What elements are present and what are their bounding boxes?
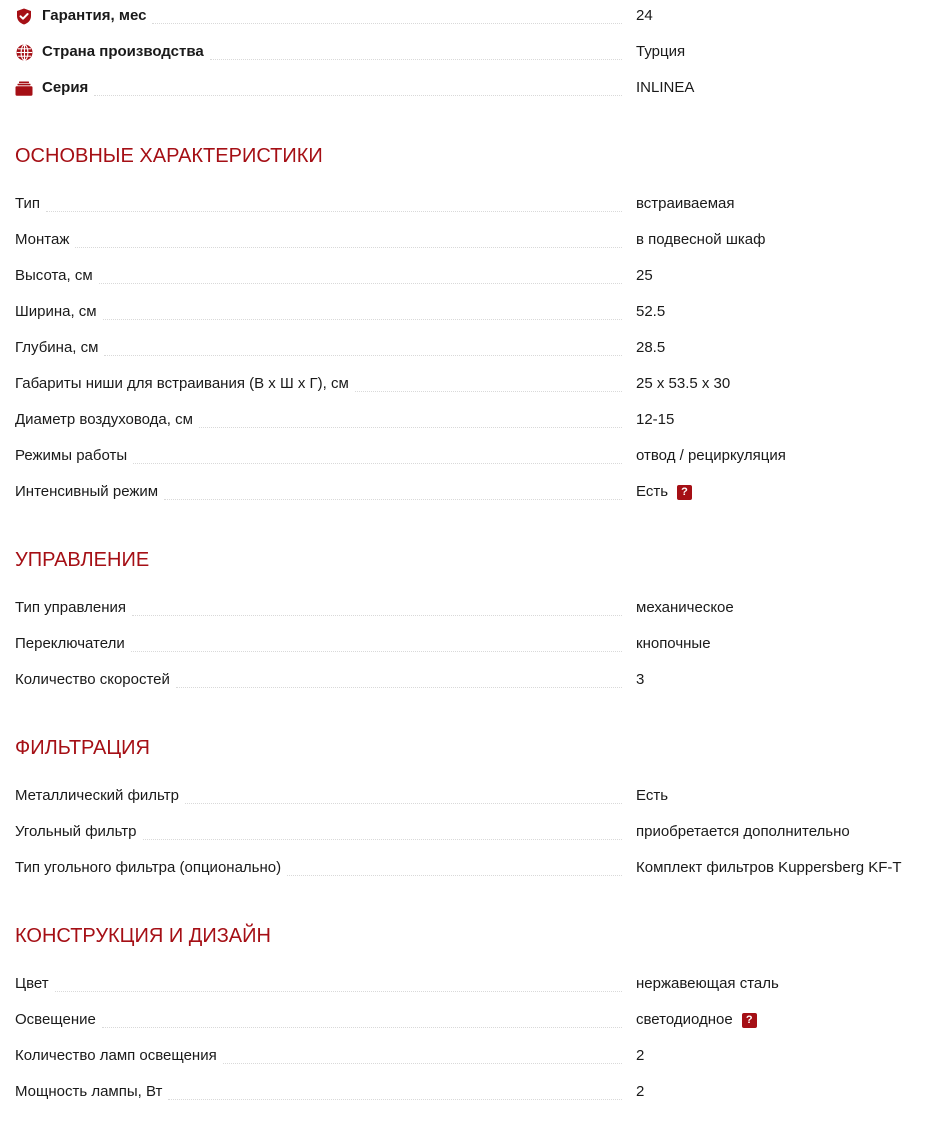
spec-label: Освещение	[15, 1010, 102, 1030]
spec-label: Тип	[15, 194, 46, 214]
spec-label-cell: Цвет	[15, 974, 622, 994]
spec-value-cell: 25	[622, 266, 653, 286]
spec-label-cell: Металлический фильтр	[15, 786, 622, 806]
dotted-leader	[99, 282, 622, 284]
dotted-leader	[133, 462, 622, 464]
spec-value: 2	[636, 1046, 644, 1066]
spec-row: Глубина, см28.5	[15, 322, 929, 358]
spec-label: Интенсивный режим	[15, 482, 164, 502]
spec-value-cell: светодиодное?	[622, 1010, 757, 1030]
spec-label: Диаметр воздуховода, см	[15, 410, 199, 430]
spec-row: Количество ламп освещения2	[15, 1030, 929, 1066]
spec-row: Количество скоростей3	[15, 654, 929, 690]
dotted-leader	[104, 354, 622, 356]
section-title: ФИЛЬТРАЦИЯ	[15, 732, 929, 764]
spec-label: Габариты ниши для встраивания (В х Ш х Г…	[15, 374, 355, 394]
spec-value: механическое	[636, 598, 734, 618]
spec-label-cell: Переключатели	[15, 634, 622, 654]
section-rows: ТипвстраиваемаяМонтажв подвесной шкафВыс…	[15, 182, 929, 502]
spec-value-cell: приобретается дополнительно	[622, 822, 850, 842]
spec-label-cell: Количество скоростей	[15, 670, 622, 690]
spec-value: 28.5	[636, 338, 665, 358]
spec-label: Переключатели	[15, 634, 131, 654]
spec-section: УПРАВЛЕНИЕТип управлениямеханическоеПере…	[15, 544, 929, 690]
spec-label-cell: Ширина, см	[15, 302, 622, 322]
spec-value: 25 х 53.5 х 30	[636, 374, 730, 394]
spec-row: Тип управлениямеханическое	[15, 586, 929, 618]
help-question-icon[interactable]: ?	[677, 485, 692, 500]
dotted-leader	[132, 614, 622, 616]
spec-value: светодиодное	[636, 1010, 733, 1030]
spec-label: Цвет	[15, 974, 55, 994]
spec-value-cell: отвод / рециркуляция	[622, 446, 786, 466]
spec-value: приобретается дополнительно	[636, 822, 850, 842]
spec-row: Монтажв подвесной шкаф	[15, 214, 929, 250]
spec-row: Режимы работыотвод / рециркуляция	[15, 430, 929, 466]
spec-label: Мощность лампы, Вт	[15, 1082, 168, 1102]
spec-value: кнопочные	[636, 634, 711, 654]
spec-value: 3	[636, 670, 644, 690]
spec-value: Турция	[636, 42, 685, 62]
spec-label-cell: Тип	[15, 194, 622, 214]
spec-label: Ширина, см	[15, 302, 103, 322]
dotted-leader	[94, 94, 622, 96]
spec-row: Ширина, см52.5	[15, 286, 929, 322]
spec-value-cell: механическое	[622, 598, 734, 618]
dotted-leader	[103, 318, 622, 320]
spec-row: Металлический фильтрЕсть	[15, 774, 929, 806]
spec-value: INLINEA	[636, 78, 694, 98]
spec-label-cell: Диаметр воздуховода, см	[15, 410, 622, 430]
dotted-leader	[185, 802, 622, 804]
spec-label-cell: Мощность лампы, Вт	[15, 1082, 622, 1102]
spec-value-cell: INLINEA	[622, 78, 694, 98]
spec-label: Серия	[42, 78, 94, 98]
spec-value-cell: Турция	[622, 42, 685, 62]
spec-label-cell: Угольный фильтр	[15, 822, 622, 842]
dotted-leader	[46, 210, 622, 212]
dotted-leader	[143, 838, 622, 840]
spec-value-cell: в подвесной шкаф	[622, 230, 765, 250]
spec-label-cell: Количество ламп освещения	[15, 1046, 622, 1066]
section-rows: Тип управлениямеханическоеПереключателик…	[15, 586, 929, 690]
spec-value-cell: 25 х 53.5 х 30	[622, 374, 730, 394]
spec-value: 12-15	[636, 410, 674, 430]
spec-value: 25	[636, 266, 653, 286]
dotted-leader	[55, 990, 622, 992]
spec-label: Тип угольного фильтра (опционально)	[15, 858, 287, 878]
spec-row: Угольный фильтрприобретается дополнитель…	[15, 806, 929, 842]
spec-label: Глубина, см	[15, 338, 104, 358]
spec-row: Освещениесветодиодное?	[15, 994, 929, 1030]
spec-label: Угольный фильтр	[15, 822, 143, 842]
spec-row: СерияINLINEA	[15, 62, 929, 98]
spec-value-cell: 12-15	[622, 410, 674, 430]
spec-row: Страна производстваТурция	[15, 26, 929, 62]
spec-value-cell: Есть?	[622, 482, 692, 502]
spec-value: Есть	[636, 482, 668, 502]
spec-row: Цветнержавеющая сталь	[15, 962, 929, 994]
spec-label-cell: Тип управления	[15, 598, 622, 618]
spec-value: встраиваемая	[636, 194, 735, 214]
dotted-leader	[287, 874, 622, 876]
shield-check-icon	[15, 7, 33, 25]
spec-label-cell: Высота, см	[15, 266, 622, 286]
section-rows: Металлический фильтрЕстьУгольный фильтрп…	[15, 774, 929, 878]
spec-value-cell: 28.5	[622, 338, 665, 358]
dotted-leader	[131, 650, 622, 652]
spec-label: Гарантия, мес	[42, 6, 152, 26]
dotted-leader	[223, 1062, 622, 1064]
spec-value: Комплект фильтров Kuppersberg KF-T	[636, 858, 902, 878]
dotted-leader	[75, 246, 622, 248]
spec-section: ФИЛЬТРАЦИЯМеталлический фильтрЕстьУгольн…	[15, 732, 929, 878]
dotted-leader	[210, 58, 622, 60]
dotted-leader	[199, 426, 622, 428]
spec-value: 24	[636, 6, 653, 26]
spec-row: Тип угольного фильтра (опционально)Компл…	[15, 842, 929, 878]
spec-row: Высота, см25	[15, 250, 929, 286]
spec-label-cell: Монтаж	[15, 230, 622, 250]
spec-value-cell: 2	[622, 1082, 644, 1102]
spec-label: Металлический фильтр	[15, 786, 185, 806]
spec-label: Тип управления	[15, 598, 132, 618]
spec-value: нержавеющая сталь	[636, 974, 779, 994]
globe-icon	[15, 43, 33, 61]
section-title: КОНСТРУКЦИЯ И ДИЗАЙН	[15, 920, 929, 952]
spec-label: Высота, см	[15, 266, 99, 286]
spec-value-cell: 52.5	[622, 302, 665, 322]
spec-label-cell: Тип угольного фильтра (опционально)	[15, 858, 622, 878]
spec-section: ОСНОВНЫЕ ХАРАКТЕРИСТИКИТипвстраиваемаяМо…	[15, 140, 929, 502]
spec-label-cell: Режимы работы	[15, 446, 622, 466]
spec-sections: ОСНОВНЫЕ ХАРАКТЕРИСТИКИТипвстраиваемаяМо…	[15, 140, 929, 1102]
spec-label-cell: Интенсивный режим	[15, 482, 622, 502]
section-title: УПРАВЛЕНИЕ	[15, 544, 929, 576]
dotted-leader	[152, 22, 622, 24]
spec-value-cell: Комплект фильтров Kuppersberg KF-T	[622, 858, 902, 878]
spec-value-cell: Есть	[622, 786, 668, 806]
spec-value-cell: встраиваемая	[622, 194, 735, 214]
spec-row: Мощность лампы, Вт2	[15, 1066, 929, 1102]
spec-value-cell: 3	[622, 670, 644, 690]
spec-value: в подвесной шкаф	[636, 230, 765, 250]
spec-section: КОНСТРУКЦИЯ И ДИЗАЙНЦветнержавеющая стал…	[15, 920, 929, 1102]
dotted-leader	[102, 1026, 622, 1028]
spec-value-cell: кнопочные	[622, 634, 711, 654]
spec-row: Типвстраиваемая	[15, 182, 929, 214]
spec-value: отвод / рециркуляция	[636, 446, 786, 466]
spec-label: Страна производства	[42, 42, 210, 62]
spec-row: Габариты ниши для встраивания (В х Ш х Г…	[15, 358, 929, 394]
spec-row: Интенсивный режимЕсть?	[15, 466, 929, 502]
spec-row: Гарантия, мес24	[15, 0, 929, 26]
spec-label: Количество скоростей	[15, 670, 176, 690]
spec-label-cell: Габариты ниши для встраивания (В х Ш х Г…	[15, 374, 622, 394]
series-stack-icon	[15, 79, 33, 97]
section-title: ОСНОВНЫЕ ХАРАКТЕРИСТИКИ	[15, 140, 929, 172]
spec-value-cell: нержавеющая сталь	[622, 974, 779, 994]
summary-specs: Гарантия, мес24Страна производстваТурция…	[15, 0, 929, 98]
spec-label: Режимы работы	[15, 446, 133, 466]
spec-label-cell: Освещение	[15, 1010, 622, 1030]
product-specifications: Гарантия, мес24Страна производстваТурция…	[0, 0, 929, 1102]
dotted-leader	[164, 498, 622, 500]
dotted-leader	[355, 390, 622, 392]
spec-value: 2	[636, 1082, 644, 1102]
spec-label-cell: Глубина, см	[15, 338, 622, 358]
dotted-leader	[176, 686, 622, 688]
spec-row: Переключателикнопочные	[15, 618, 929, 654]
dotted-leader	[168, 1098, 622, 1100]
spec-row: Диаметр воздуховода, см12-15	[15, 394, 929, 430]
spec-value-cell: 24	[622, 6, 653, 26]
section-rows: Цветнержавеющая стальОсвещениесветодиодн…	[15, 962, 929, 1102]
spec-label: Монтаж	[15, 230, 75, 250]
spec-label-cell: Страна производства	[15, 42, 622, 62]
spec-value: Есть	[636, 786, 668, 806]
help-question-icon[interactable]: ?	[742, 1013, 757, 1028]
spec-label: Количество ламп освещения	[15, 1046, 223, 1066]
spec-value-cell: 2	[622, 1046, 644, 1066]
spec-label-cell: Серия	[15, 78, 622, 98]
spec-label-cell: Гарантия, мес	[15, 6, 622, 26]
spec-value: 52.5	[636, 302, 665, 322]
